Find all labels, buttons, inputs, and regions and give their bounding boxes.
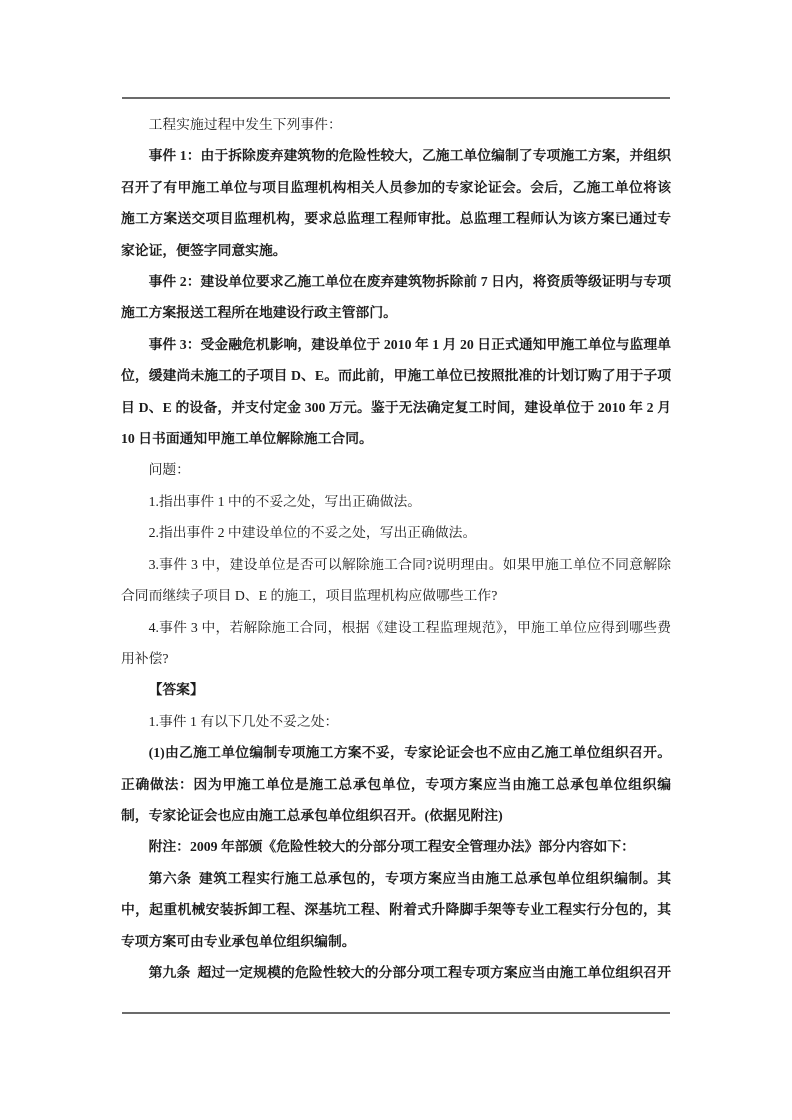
paragraph-intro-line: 工程实施过程中发生下列事件： xyxy=(121,109,671,140)
document-body: 工程实施过程中发生下列事件： 事件 1：由于拆除废弃建筑物的危险性较大，乙施工单… xyxy=(121,109,671,988)
paragraph-question-1: 1.指出事件 1 中的不妥之处，写出正确做法。 xyxy=(121,486,671,517)
paragraph-note-article-9: 第九条 超过一定规模的危险性较大的分部分项工程专项方案应当由施工单位组织召开 xyxy=(121,957,671,988)
paragraph-answer-1-item-1: (1)由乙施工单位编制专项施工方案不妥，专家论证会也不应由乙施工单位组织召开。正… xyxy=(121,737,671,831)
header-rule xyxy=(122,97,670,99)
paragraph-event-1: 事件 1：由于拆除废弃建筑物的危险性较大，乙施工单位编制了专项施工方案，并组织召… xyxy=(121,140,671,266)
paragraph-answer-1-heading: 1.事件 1 有以下几处不妥之处： xyxy=(121,706,671,737)
paragraph-question-2: 2.指出事件 2 中建设单位的不妥之处，写出正确做法。 xyxy=(121,517,671,548)
footer-rule xyxy=(122,1012,670,1014)
paragraph-event-3: 事件 3：受金融危机影响，建设单位于 2010 年 1 月 20 日正式通知甲施… xyxy=(121,329,671,455)
paragraph-question-3: 3.事件 3 中，建设单位是否可以解除施工合同?说明理由。如果甲施工单位不同意解… xyxy=(121,549,671,612)
paragraph-answer-note: 附注：2009 年部颁《危险性较大的分部分项工程安全管理办法》部分内容如下： xyxy=(121,831,671,862)
paragraph-question-4: 4.事件 3 中，若解除施工合同，根据《建设工程监理规范》，甲施工单位应得到哪些… xyxy=(121,612,671,675)
paragraph-event-2: 事件 2：建设单位要求乙施工单位在废弃建筑物拆除前 7 日内，将资质等级证明与专… xyxy=(121,266,671,329)
paragraph-note-article-6: 第六条 建筑工程实行施工总承包的，专项方案应当由施工总承包单位组织编制。其中，起… xyxy=(121,863,671,957)
document-page: 工程实施过程中发生下列事件： 事件 1：由于拆除废弃建筑物的危险性较大，乙施工单… xyxy=(0,0,792,1120)
paragraph-questions-label: 问题： xyxy=(121,454,671,485)
paragraph-answer-label: 【答案】 xyxy=(121,674,671,705)
